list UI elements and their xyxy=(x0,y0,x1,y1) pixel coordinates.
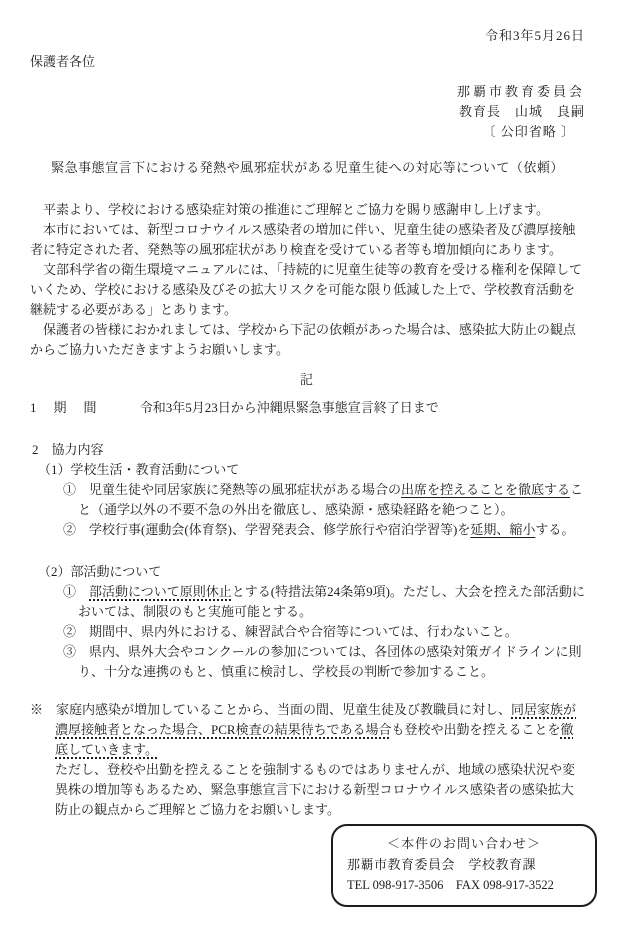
date-line: 令和3年5月26日 xyxy=(30,26,585,46)
cooperation-section: 2 協力内容 （1）学校生活・教育活動について ① 児童生徒や同居家族に発熱等の… xyxy=(30,440,585,682)
intro-section: 平素より、学校における感染症対策の推進にご理解とご協力を賜り感謝申し上げます。 … xyxy=(30,200,585,360)
period-line: 1 期 間 令和3年5月23日から沖縄県緊急事態宣言終了日まで xyxy=(30,398,585,418)
text-segment: も登校や出勤を控えることを xyxy=(391,722,560,737)
contact-tel: TEL 098-917-3506 FAX 098-917-3522 xyxy=(347,875,581,896)
contact-title: ＜本件のお問い合わせ＞ xyxy=(347,833,581,854)
list-item: ② 学校行事(運動会(体育祭)、学習発表会、修学旅行や宿泊学習等)を延期、縮小す… xyxy=(30,520,585,540)
period-label: 1 期 間 xyxy=(30,398,99,418)
text-segment: ① 児童生徒や同居家族に発熱等の風邪症状がある場合の xyxy=(63,482,401,497)
sub2-heading: （2）部活動について xyxy=(38,562,585,582)
list-item: ① 児童生徒や同居家族に発熱等の風邪症状がある場合の出席を控えることを徹底するこ… xyxy=(30,480,585,520)
document-page: 令和3年5月26日 保護者各位 那覇市教育委員会 教育長 山城 良嗣 〔 公印省… xyxy=(0,0,617,925)
list-item: ③ 県内、県外大会やコンクールの参加については、各団体の感染対策ガイドラインに則… xyxy=(30,642,585,682)
text-segment: ※ 家庭内感染が増加していることから、当面の間、児童生徒及び教職員に対し、 xyxy=(30,702,511,717)
document-title: 緊急事態宣言下における発熱や風邪症状がある児童生徒への対応等について（依頼） xyxy=(30,158,585,178)
period-value: 令和3年5月23日から沖縄県緊急事態宣言終了日まで xyxy=(140,398,439,418)
sub2-items: ① 部活動について原則休止とする(特措法第24条第9項)。ただし、大会を控えた部… xyxy=(30,582,585,682)
sub1-heading: （1）学校生活・教育活動について xyxy=(38,460,585,480)
note-section: ※ 家庭内感染が増加していることから、当面の間、児童生徒及び教職員に対し、同居家… xyxy=(30,700,585,820)
contact-box: ＜本件のお問い合わせ＞ 那覇市教育委員会 学校教育課 TEL 098-917-3… xyxy=(331,824,597,907)
ki-marker: 記 xyxy=(30,370,585,390)
text-segment: する。 xyxy=(535,522,574,537)
intro-paragraph: 文部科学省の衛生環境マニュアルには、「持続的に児童生徒等の教育を受ける権利を保障… xyxy=(30,260,585,320)
list-item: ① 部活動について原則休止とする(特措法第24条第9項)。ただし、大会を控えた部… xyxy=(30,582,585,622)
note-paragraph: ※ 家庭内感染が増加していることから、当面の間、児童生徒及び教職員に対し、同居家… xyxy=(55,700,585,760)
text-segment: ① xyxy=(63,584,89,599)
cooperation-heading: 2 協力内容 xyxy=(32,440,585,460)
sender-org: 那覇市教育委員会 xyxy=(30,82,585,102)
intro-paragraph: 保護者の皆様におかれましては、学校から下記の依頼があった場合は、感染拡大防止の観… xyxy=(30,320,585,360)
contact-row: ＜本件のお問い合わせ＞ 那覇市教育委員会 学校教育課 TEL 098-917-3… xyxy=(30,824,597,907)
intro-paragraph: 平素より、学校における感染症対策の推進にご理解とご協力を賜り感謝申し上げます。 xyxy=(30,200,585,220)
text-segment: ② 期間中、県内外における、練習試合や合宿等については、行わないこと。 xyxy=(63,624,518,639)
list-item: ② 期間中、県内外における、練習試合や合宿等については、行わないこと。 xyxy=(30,622,585,642)
underlined-text: 出席を控えることを徹底する xyxy=(401,482,570,497)
sender-title: 教育長 山城 良嗣 xyxy=(30,102,585,122)
seal-omitted-note: 〔 公印省略 〕 xyxy=(30,122,585,142)
sub1-items: ① 児童生徒や同居家族に発熱等の風邪症状がある場合の出席を控えることを徹底するこ… xyxy=(30,480,585,540)
intro-paragraph: 本市においては、新型コロナウイルス感染者の増加に伴い、児童生徒の感染者及び濃厚接… xyxy=(30,220,585,260)
recipient-line: 保護者各位 xyxy=(30,52,585,72)
underlined-text: 部活動について原則休止 xyxy=(89,584,232,599)
text-segment: ② 学校行事(運動会(体育祭)、学習発表会、修学旅行や宿泊学習等)を xyxy=(63,522,470,537)
spacer xyxy=(30,682,585,700)
spacer xyxy=(30,540,585,562)
underlined-text: 延期、縮小 xyxy=(470,522,535,537)
contact-org: 那覇市教育委員会 学校教育課 xyxy=(347,854,581,875)
text-segment: ③ 県内、県外大会やコンクールの参加については、各団体の感染対策ガイドラインに則… xyxy=(63,644,581,679)
sender-block: 那覇市教育委員会 教育長 山城 良嗣 〔 公印省略 〕 xyxy=(30,82,585,142)
note-paragraph: ただし、登校や出勤を控えることを強制するものではありませんが、地域の感染状況や変… xyxy=(55,760,585,820)
